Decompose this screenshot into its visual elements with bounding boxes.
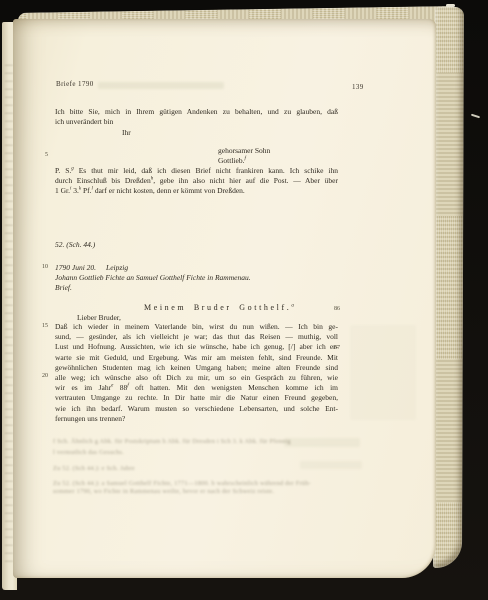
ps-text: 3. xyxy=(71,186,79,195)
letter52-salutation: Lieber Bruder, xyxy=(77,313,121,322)
letter52-body: Daß ich wieder in meinem Vaterlande bin,… xyxy=(55,322,338,424)
text-line: Daß ich wieder in meinem Vaterlande bin,… xyxy=(55,322,338,332)
letter51-closing-paragraph: Ich bitte Sie, mich in Ihrem gütigen And… xyxy=(55,107,338,127)
paper-speck xyxy=(446,4,455,7)
facing-page-ghost-text xyxy=(5,62,13,562)
margin-line-number-20: 20 xyxy=(30,373,48,379)
blurred-footnote-line: l vermutlich das Gesuchs. xyxy=(53,449,124,456)
show-through-ghost xyxy=(98,82,224,89)
heading-text: Meinem Bruder Gotthelf. xyxy=(144,303,291,312)
text-line: warte sie mit Geduld, und Ergebung. Was … xyxy=(55,353,338,363)
letter52-entry-number: 52. (Sch. 44.) xyxy=(55,240,95,249)
text-line: wir es im Jahre 88f oft hatten. Mit den … xyxy=(55,383,338,393)
blurred-footnote-line: f Sch. Ähnlich g Abk. für Postskriptum h… xyxy=(53,438,291,445)
ps-text: darf er nicht kosten, denn er kömmt von … xyxy=(93,186,245,195)
text-line: 1 Gr.i 3.k Pf.l darf er nicht kosten, de… xyxy=(55,186,338,196)
letter52-regest: 1790 Juni 20.Leipzig Johann Gottlieb Fic… xyxy=(55,263,338,294)
signature-line: gehorsamer Sohn xyxy=(218,146,338,156)
book-photograph: Briefe 1790 139 Ich bitte Sie, mich in I… xyxy=(0,0,488,600)
text-line: wie ich ihn bedarf. Warum musten so vers… xyxy=(55,404,338,414)
margin-line-number-10: 10 xyxy=(30,264,48,270)
text-line: gewöhnlichen Studenten mag ich keinen Um… xyxy=(55,363,338,373)
signature-name: Gottlieb. xyxy=(218,156,244,165)
page-number: 139 xyxy=(352,83,364,91)
blurred-footnote-line: Zu 52. (Sch 44.): a Samuel Gotthelf Fich… xyxy=(53,480,311,487)
letter-description: Johann Gottlieb Fichte an Samuel Gotthel… xyxy=(55,273,338,283)
letter52-heading: Meinem Bruder Gotthelf.a xyxy=(144,303,294,312)
blurred-footnote-line: sommer 1790, wo Fichte in Rammenau weilt… xyxy=(53,488,274,495)
text-line: Lust und Hofnung. Aussichten, wie ich si… xyxy=(55,342,338,352)
book-right-fore-edge xyxy=(433,7,464,568)
blurred-footnote-line: Zu 52. (Sch 44.): e Sch. Jahre xyxy=(53,465,135,472)
ps-text: durch Einschluß bis Dreßden xyxy=(55,176,151,185)
text-line: Ich bitte Sie, mich in Ihrem gütigen And… xyxy=(55,107,338,117)
text-line: fernungen uns trennen? xyxy=(55,414,338,424)
body-text: oft hatten. Mit den wenigsten Menschen k… xyxy=(129,383,338,392)
dateline-place: Leipzig xyxy=(106,263,128,272)
text-line: P. S.g Es thut mir leid, daß ich diesen … xyxy=(55,166,338,176)
body-text: wir es im Jahr xyxy=(55,383,111,392)
show-through-ghost xyxy=(350,325,416,420)
text-line: durch Einschluß bis Dreßdenh, gebe ihn a… xyxy=(55,176,338,186)
show-through-ghost xyxy=(284,438,360,447)
dateline-date: 1790 Juni 20. xyxy=(55,263,96,272)
ps-text: , gebe ihn also nicht hier auf die Post.… xyxy=(153,176,338,185)
margin-page-ref-86: 86 xyxy=(334,306,340,312)
text-line: vertrauten Umgange zu rechte. In Dir hat… xyxy=(55,393,338,403)
letter51-signature: gehorsamer Sohn Gottlieb.f xyxy=(218,146,338,167)
dateline: 1790 Juni 20.Leipzig xyxy=(55,263,338,273)
ps-text: 1 Gr. xyxy=(55,186,70,195)
footnote-ref: a xyxy=(291,303,294,308)
text-line: ich unverändert bin xyxy=(55,117,338,127)
letter-kind: Brief. xyxy=(55,283,338,293)
margin-line-number-15: 15 xyxy=(30,323,48,329)
ps-text: Es thut mir leid, daß ich diesen Brief n… xyxy=(74,166,338,175)
margin-line-number-5: 5 xyxy=(30,152,48,158)
body-text: 88 xyxy=(113,383,127,392)
letter51-postscript: P. S.g Es thut mir leid, daß ich diesen … xyxy=(55,166,338,197)
paper-speck xyxy=(471,114,480,119)
ps-text: P. S. xyxy=(55,166,71,175)
running-head: Briefe 1790 xyxy=(56,80,94,88)
text-line: sund, — gesünder, als ich vielleicht je … xyxy=(55,332,338,342)
letter51-ihr: Ihr xyxy=(122,128,131,137)
footnote-ref: f xyxy=(244,157,245,162)
ps-text: Pf. xyxy=(81,186,91,195)
text-line: alle weg; ich wünsche also oft Dich zu m… xyxy=(55,373,338,383)
show-through-ghost xyxy=(300,461,362,469)
